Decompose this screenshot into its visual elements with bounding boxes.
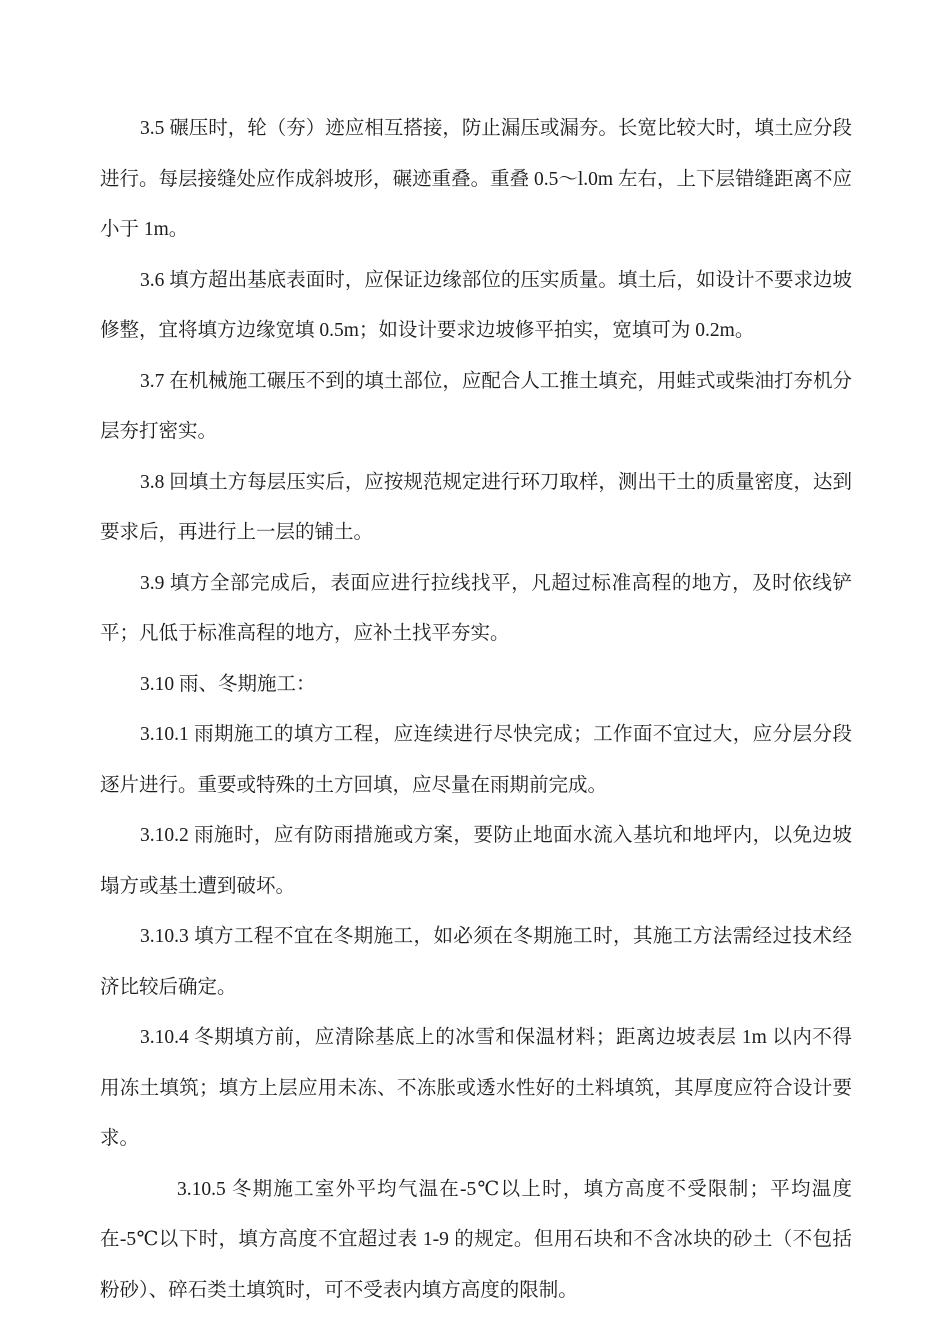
paragraph-3-8: 3.8 回填土方每层压实后，应按规范规定进行环刀取样，测出干土的质量密度，达到要…: [100, 458, 852, 559]
paragraph-3-10-3: 3.10.3 填方工程不宜在冬期施工，如必须在冬期施工时，其施工方法需经过技术经…: [100, 912, 852, 1013]
paragraph-3-5: 3.5 碾压时，轮（夯）迹应相互搭接，防止漏压或漏夯。长宽比较大时，填土应分段进…: [100, 104, 852, 256]
paragraph-3-7: 3.7 在机械施工碾压不到的填土部位，应配合人工推土填充，用蛙式或柴油打夯机分层…: [100, 357, 852, 458]
paragraph-3-10-4: 3.10.4 冬期填方前，应清除基底上的冰雪和保温材料；距离边坡表层 1m 以内…: [100, 1013, 852, 1165]
document-page: 3.5 碾压时，轮（夯）迹应相互搭接，防止漏压或漏夯。长宽比较大时，填土应分段进…: [0, 0, 950, 1344]
paragraph-3-6: 3.6 填方超出基底表面时，应保证边缘部位的压实质量。填土后，如设计不要求边坡修…: [100, 256, 852, 357]
paragraph-3-10-5: 3.10.5 冬期施工室外平均气温在-5℃以上时，填方高度不受限制；平均温度在-…: [100, 1165, 852, 1317]
paragraph-3-10: 3.10 雨、冬期施工：: [100, 660, 852, 711]
document-text-block: 3.5 碾压时，轮（夯）迹应相互搭接，防止漏压或漏夯。长宽比较大时，填土应分段进…: [100, 104, 852, 1316]
paragraph-3-10-2: 3.10.2 雨施时，应有防雨措施或方案，要防止地面水流入基坑和地坪内，以免边坡…: [100, 811, 852, 912]
paragraph-3-9: 3.9 填方全部完成后，表面应进行拉线找平，凡超过标准高程的地方，及时依线铲平；…: [100, 559, 852, 660]
paragraph-3-10-1: 3.10.1 雨期施工的填方工程，应连续进行尽快完成；工作面不宜过大，应分层分段…: [100, 710, 852, 811]
